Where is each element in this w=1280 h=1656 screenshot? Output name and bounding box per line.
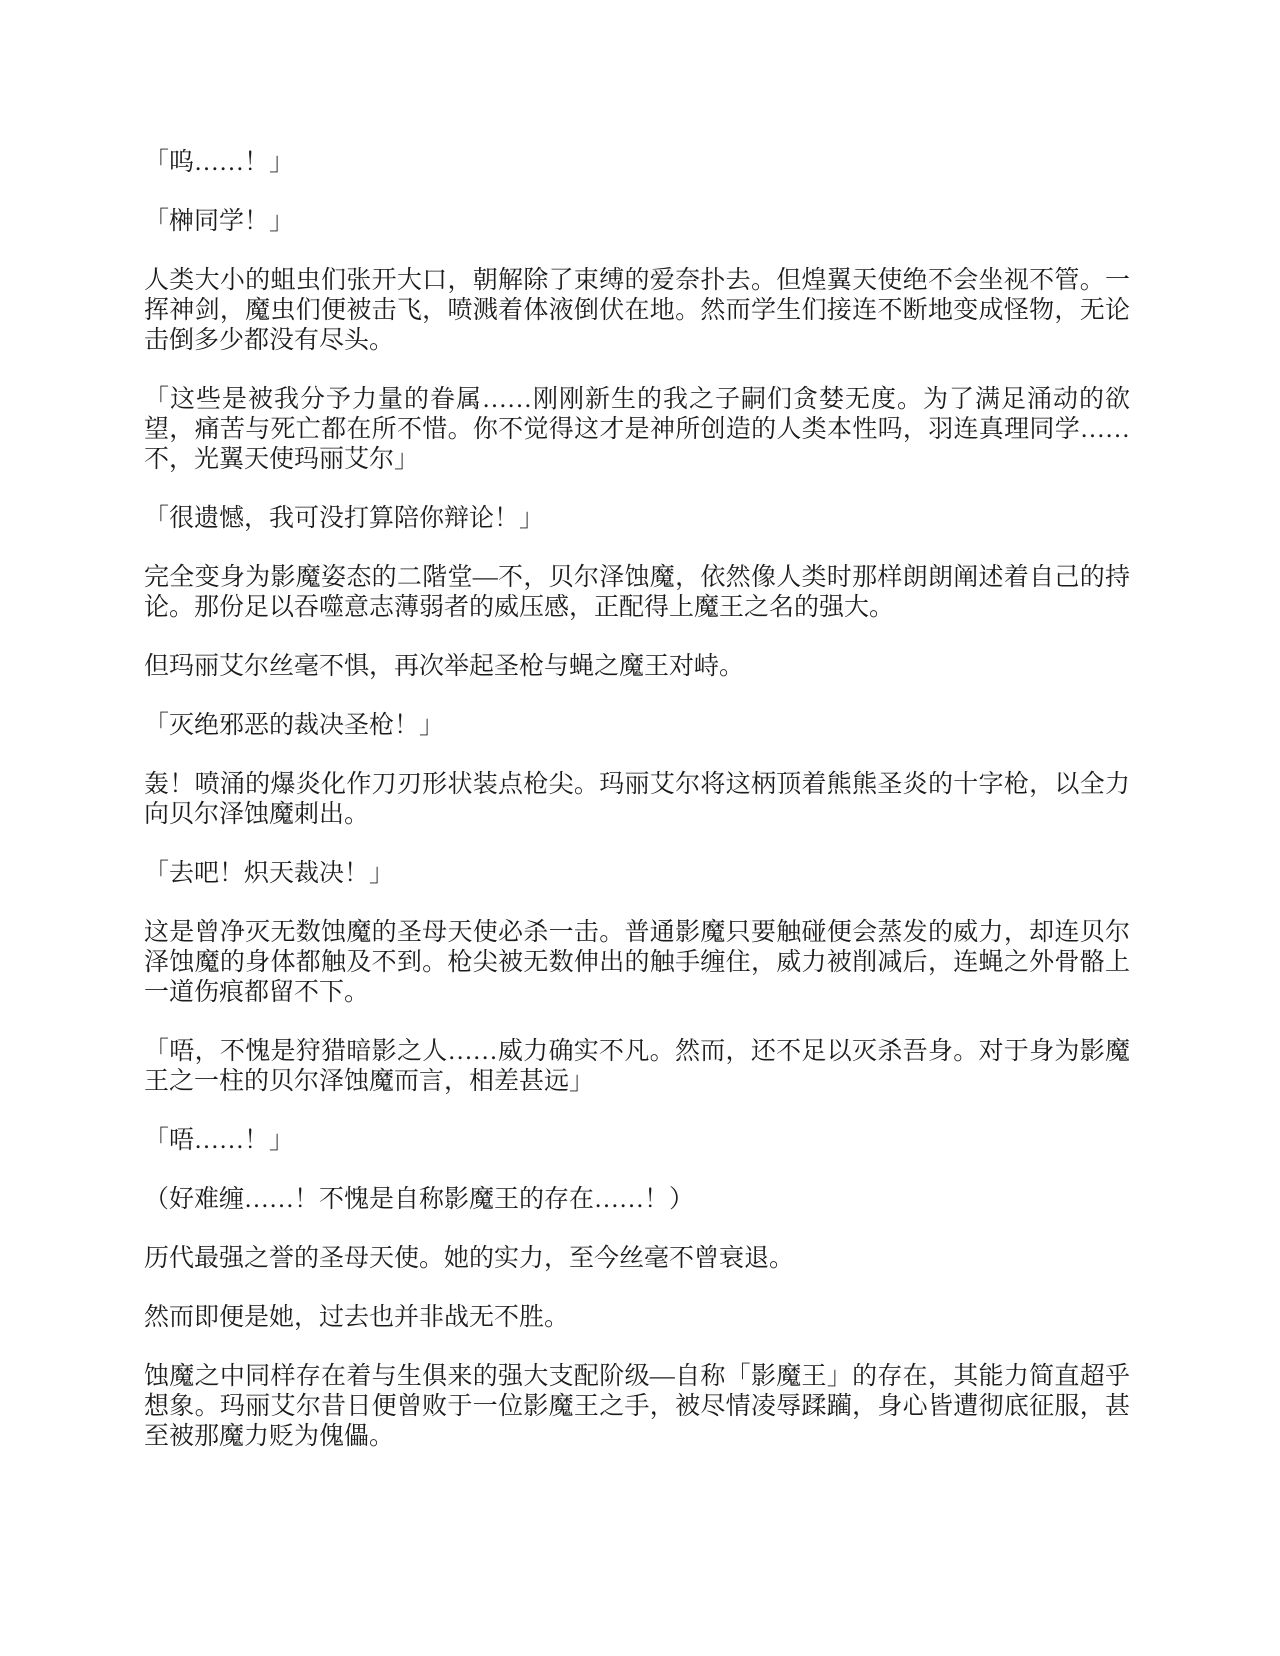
paragraph: 「去吧！炽天裁决！」 (144, 859, 1130, 889)
paragraph: 但玛丽艾尔丝毫不惧，再次举起圣枪与蝇之魔王对峙。 (144, 652, 1130, 682)
paragraph: 「这些是被我分予力量的眷属……刚刚新生的我之子嗣们贪婪无度。为了满足涌动的欲望，… (144, 385, 1130, 475)
paragraph: 「榊同学！」 (144, 207, 1130, 237)
paragraph: 然而即便是她，过去也并非战无不胜。 (144, 1303, 1130, 1333)
paragraph: 「很遗憾，我可没打算陪你辩论！」 (144, 504, 1130, 534)
paragraph: 「唔，不愧是狩猎暗影之人……威力确实不凡。然而，还不足以灭杀吾身。对于身为影魔王… (144, 1037, 1130, 1097)
paragraph: 人类大小的蛆虫们张开大口，朝解除了束缚的爱奈扑去。但煌翼天使绝不会坐视不管。一挥… (144, 266, 1130, 356)
paragraph: 完全变身为影魔姿态的二階堂—不，贝尔泽蚀魔，依然像人类时那样朗朗阐述着自己的持论… (144, 563, 1130, 623)
novel-page: 「呜……！」「榊同学！」人类大小的蛆虫们张开大口，朝解除了束缚的爱奈扑去。但煌翼… (0, 0, 1280, 1656)
text-column: 「呜……！」「榊同学！」人类大小的蛆虫们张开大口，朝解除了束缚的爱奈扑去。但煌翼… (144, 148, 1130, 1452)
paragraph: 「唔……！」 (144, 1126, 1130, 1156)
paragraph: 「呜……！」 (144, 148, 1130, 178)
paragraph: 历代最强之誉的圣母天使。她的实力，至今丝毫不曾衰退。 (144, 1244, 1130, 1274)
paragraph: 蚀魔之中同样存在着与生俱来的强大支配阶级—自称「影魔王」的存在，其能力简直超乎想… (144, 1362, 1130, 1452)
paragraph: 轰！喷涌的爆炎化作刀刃形状装点枪尖。玛丽艾尔将这柄顶着熊熊圣炎的十字枪，以全力向… (144, 770, 1130, 830)
paragraph: （好难缠……！不愧是自称影魔王的存在……！） (144, 1185, 1130, 1215)
paragraph: 这是曾净灭无数蚀魔的圣母天使必杀一击。普通影魔只要触碰便会蒸发的威力，却连贝尔泽… (144, 918, 1130, 1008)
paragraph: 「灭绝邪恶的裁决圣枪！」 (144, 711, 1130, 741)
